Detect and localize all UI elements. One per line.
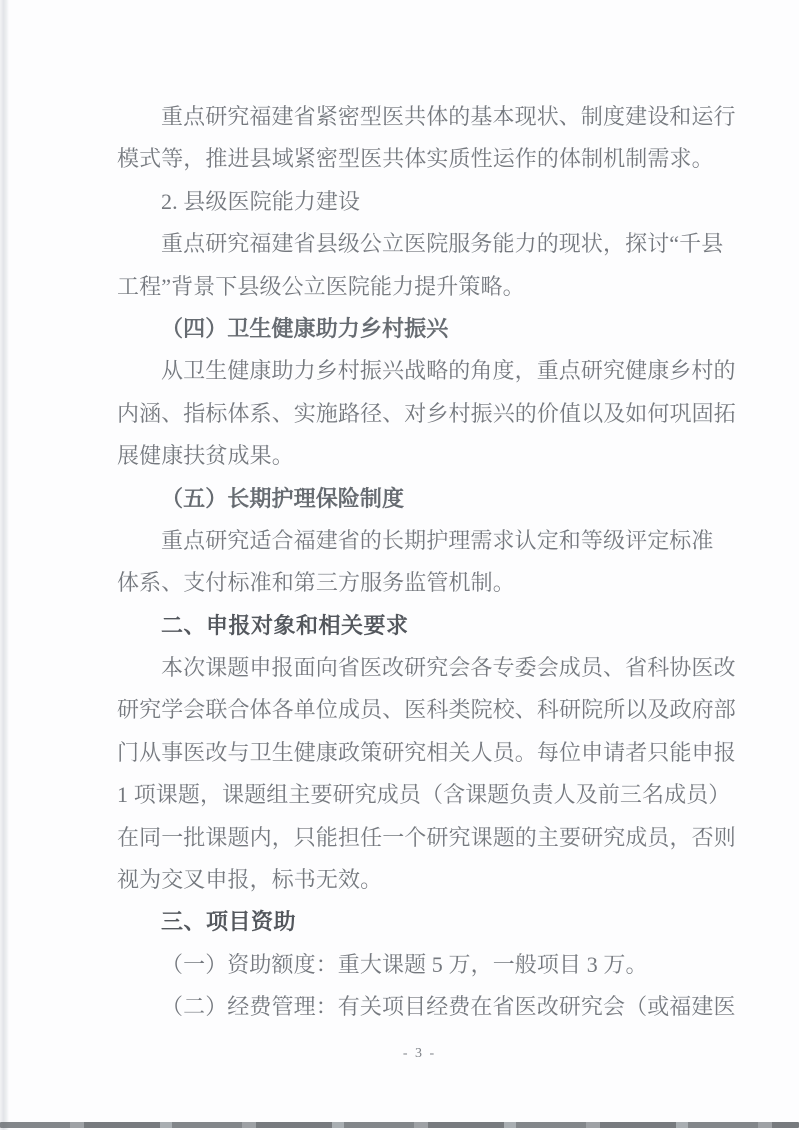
- document-page: 重点研究福建省紧密型医共体的基本现状、制度建设和运行 模式等，推进县域紧密型医共…: [0, 0, 799, 1130]
- list-item-two: （二）经费管理：有关项目经费在省医改研究会（或福建医: [117, 986, 723, 1028]
- paragraph-line: 视为交叉申报，标书无效。: [117, 859, 723, 901]
- scan-left-edge: [0, 0, 9, 1130]
- list-item-numbered: 2. 县级医院能力建设: [117, 181, 723, 223]
- paragraph-line: 重点研究适合福建省的长期护理需求认定和等级评定标准: [117, 520, 723, 562]
- section-heading-three: 三、项目资助: [117, 901, 723, 943]
- subsection-heading-four: （四）卫生健康助力乡村振兴: [117, 308, 723, 350]
- page-number: - 3 -: [0, 1046, 799, 1062]
- paragraph-line: 从卫生健康助力乡村振兴战略的角度，重点研究健康乡村的: [117, 350, 723, 392]
- paragraph-line: 内涵、指标体系、实施路径、对乡村振兴的价值以及如何巩固拓: [117, 393, 723, 435]
- paragraph-line: 门从事医改与卫生健康政策研究相关人员。每位申请者只能申报: [117, 732, 723, 774]
- paragraph-line: 在同一批课题内，只能担任一个研究课题的主要研究成员，否则: [117, 817, 723, 859]
- paragraph-line: 重点研究福建省紧密型医共体的基本现状、制度建设和运行: [117, 96, 723, 138]
- document-body: 重点研究福建省紧密型医共体的基本现状、制度建设和运行 模式等，推进县域紧密型医共…: [117, 96, 723, 1029]
- scan-bottom-edge: [0, 1122, 799, 1128]
- paragraph-line: 重点研究福建省县级公立医院服务能力的现状，探讨“千县: [117, 223, 723, 265]
- paragraph-line: 工程”背景下县级公立医院能力提升策略。: [117, 266, 723, 308]
- section-heading-two: 二、申报对象和相关要求: [117, 605, 723, 647]
- paragraph-line: 展健康扶贫成果。: [117, 435, 723, 477]
- paragraph-line: 1 项课题，课题组主要研究成员（含课题负责人及前三名成员）: [117, 774, 723, 816]
- paragraph-line: 模式等，推进县域紧密型医共体实质性运作的体制机制需求。: [117, 138, 723, 180]
- paragraph-line: 研究学会联合体各单位成员、医科类院校、科研院所以及政府部: [117, 689, 723, 731]
- subsection-heading-five: （五）长期护理保险制度: [117, 478, 723, 520]
- paragraph-line: 本次课题申报面向省医改研究会各专委会成员、省科协医改: [117, 647, 723, 689]
- list-item-one: （一）资助额度：重大课题 5 万，一般项目 3 万。: [117, 944, 723, 986]
- paragraph-line: 体系、支付标准和第三方服务监管机制。: [117, 562, 723, 604]
